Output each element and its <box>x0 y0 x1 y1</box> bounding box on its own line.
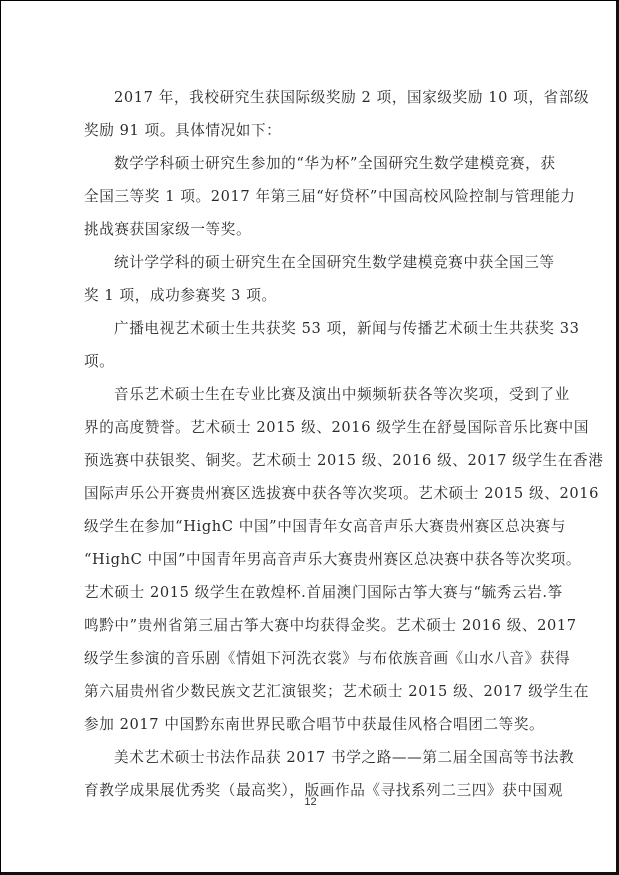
text-line: 奖励 91 项。具体情况如下： <box>84 114 546 147</box>
text-line: 挑战赛获国家级一等奖。 <box>84 213 546 246</box>
text-line: 2017 年，我校研究生获国际级奖励 2 项，国家级奖励 10 项，省部级 <box>84 81 546 114</box>
paragraph-broadcasting: 广播电视艺术硕士生共获奖 53 项，新闻与传播艺术硕士生共获奖 33 项。 <box>84 312 546 378</box>
text-line: 艺术硕士 2015 级学生在敦煌杯.首届澳门国际古筝大赛与“毓秀云岩.筝 <box>84 576 546 609</box>
text-line: 第六届贵州省少数民族文艺汇演银奖；艺术硕士 2015 级、2017 级学生在 <box>84 675 546 708</box>
text-line: “HighC 中国”中国青年男高音声乐大赛贵州赛区总决赛中获各等次奖项。 <box>84 543 546 576</box>
text-line: 项。 <box>84 345 546 378</box>
text-line: 界的高度赞誉。艺术硕士 2015 级、2016 级学生在舒曼国际音乐比赛中国 <box>84 411 546 444</box>
text-line: 鸣黔中”贵州省第三届古筝大赛中均获得金奖。艺术硕士 2016 级、2017 <box>84 609 546 642</box>
document-body: 2017 年，我校研究生获国际级奖励 2 项，国家级奖励 10 项，省部级 奖励… <box>84 81 546 807</box>
text-line: 数学学科硕士研究生参加的“华为杯”全国研究生数学建模竞赛，获 <box>84 147 546 180</box>
text-line: 级学生参演的音乐剧《情姐下河洗衣裳》与布依族音画《山水八音》获得 <box>84 642 546 675</box>
text-line: 国际声乐公开赛贵州赛区选拔赛中获各等次奖项。艺术硕士 2015 级、2016 <box>84 477 546 510</box>
paragraph-music: 音乐艺术硕士生在专业比赛及演出中频频斩获各等次奖项，受到了业 界的高度赞誉。艺术… <box>84 378 546 741</box>
paragraph-mathematics: 数学学科硕士研究生参加的“华为杯”全国研究生数学建模竞赛，获 全国三等奖 1 项… <box>84 147 546 246</box>
text-line: 奖 1 项，成功参赛奖 3 项。 <box>84 279 546 312</box>
text-line: 预选赛中获银奖、铜奖。艺术硕士 2015 级、2016 级、2017 级学生在香… <box>84 444 546 477</box>
text-line: 全国三等奖 1 项。2017 年第三届“好贷杯”中国高校风险控制与管理能力 <box>84 180 546 213</box>
page-number: 12 <box>1 796 619 808</box>
document-page: 2017 年，我校研究生获国际级奖励 2 项，国家级奖励 10 项，省部级 奖励… <box>0 0 619 875</box>
text-line: 广播电视艺术硕士生共获奖 53 项，新闻与传播艺术硕士生共获奖 33 <box>84 312 546 345</box>
text-line: 级学生在参加“HighC 中国”中国青年女高音声乐大赛贵州赛区总决赛与 <box>84 510 546 543</box>
paragraph-statistics: 统计学学科的硕士研究生在全国研究生数学建模竞赛中获全国三等 奖 1 项，成功参赛… <box>84 246 546 312</box>
text-line: 美术艺术硕士书法作品获 2017 书学之路——第二届全国高等书法教 <box>84 741 546 774</box>
text-line: 统计学学科的硕士研究生在全国研究生数学建模竞赛中获全国三等 <box>84 246 546 279</box>
paragraph-summary: 2017 年，我校研究生获国际级奖励 2 项，国家级奖励 10 项，省部级 奖励… <box>84 81 546 147</box>
text-line: 音乐艺术硕士生在专业比赛及演出中频频斩获各等次奖项，受到了业 <box>84 378 546 411</box>
text-line: 参加 2017 中国黔东南世界民歌合唱节中获最佳风格合唱团二等奖。 <box>84 708 546 741</box>
